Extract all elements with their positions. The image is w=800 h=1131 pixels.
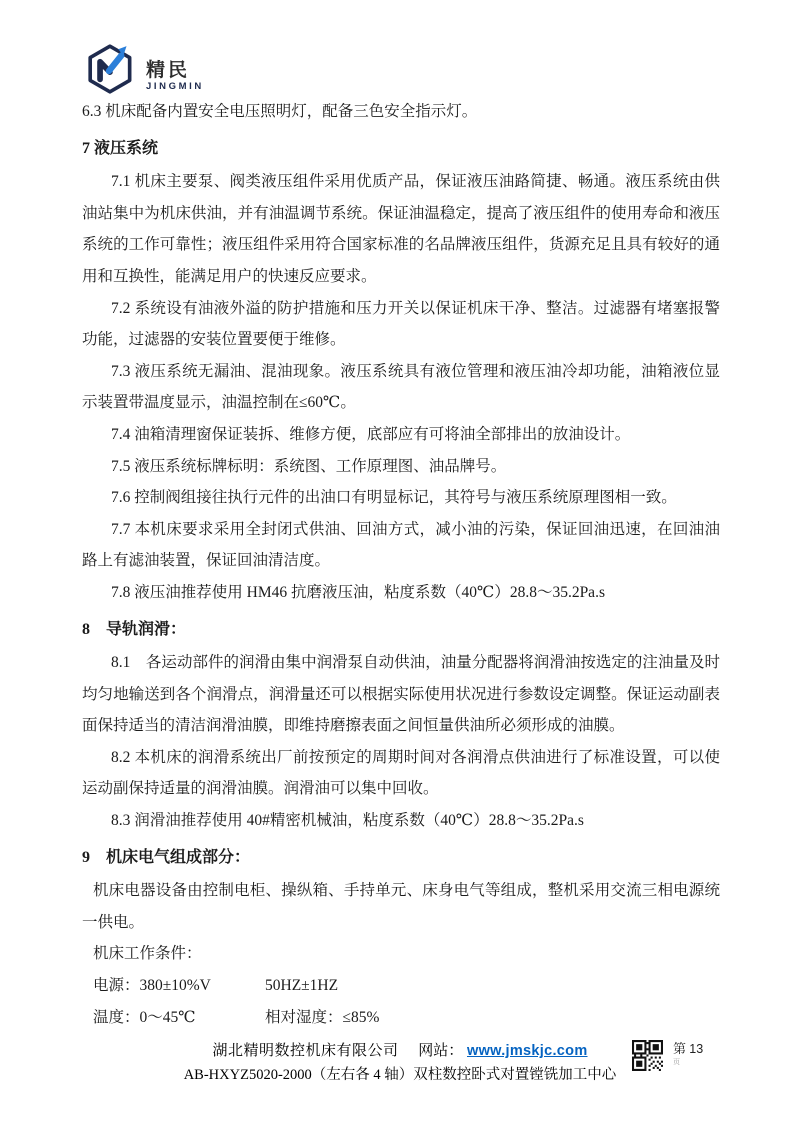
clause-7-8: 7.8 液压油推荐使用 HM46 抗磨液压油，粘度系数（40℃）28.8～35.… [82, 577, 720, 609]
page-number: 第 13 页 [673, 1042, 703, 1066]
brand-name-cn: 精民 [146, 61, 204, 81]
clause-7-4: 7.4 油箱清理窗保证装拆、维修方便，底部应有可将油全部排出的放油设计。 [82, 419, 720, 451]
clause-7-1: 7.1 机床主要泵、阀类液压组件采用优质产品，保证液压油路简捷、畅通。液压系统由… [82, 166, 720, 292]
page-footer: 湖北精明数控机床有限公司 网站： www.jmskjc.com AB-HXYZ5… [80, 1039, 720, 1087]
page-number-suffix: 页 [673, 1058, 703, 1066]
clause-7-7: 7.7 本机床要求采用全封闭式供油、回油方式，减小油的污染，保证回油迅速，在回油… [82, 514, 720, 577]
company-logo: 精民 JINGMIN [86, 42, 204, 101]
clause-8-2: 8.2 本机床的润滑系统出厂前按预定的周期时间对各润滑点供油进行了标准设置，可以… [82, 742, 720, 805]
qr-code-icon [632, 1040, 663, 1076]
humidity-value: 相对湿度：≤85% [265, 1002, 379, 1034]
clause-7-3: 7.3 液压系统无漏油、混油现象。液压系统具有液位管理和液压油冷却功能，油箱液位… [82, 356, 720, 419]
section-9-intro: 机床电器设备由控制电柜、操纵箱、手持单元、床身电气等组成，整机采用交流三相电源统… [82, 875, 720, 938]
footer-product-line: AB-HXYZ5020-2000（左右各 4 轴）双柱数控卧式对置镗铣加工中心 [80, 1063, 720, 1087]
clause-7-2: 7.2 系统设有油液外溢的防护措施和压力开关以保证机床干净、整洁。过滤器有堵塞报… [82, 293, 720, 356]
footer-company-name: 湖北精明数控机床有限公司 [212, 1043, 398, 1059]
page-number-prefix: 第 [673, 1041, 686, 1056]
section-8-heading: 8 导轨润滑： [82, 614, 720, 646]
document-body: 6.3 机床配备内置安全电压照明灯，配备三色安全指示灯。 7 液压系统 7.1 … [82, 96, 720, 1033]
power-voltage-value: 电源：380±10%V [93, 970, 265, 1002]
power-condition-row: 电源：380±10%V 50HZ±1HZ [82, 970, 720, 1002]
footer-website-label: 网站： [418, 1043, 463, 1059]
clause-6-3: 6.3 机床配备内置安全电压照明灯，配备三色安全指示灯。 [82, 96, 720, 128]
work-conditions-label: 机床工作条件： [82, 938, 720, 970]
footer-website-link[interactable]: www.jmskjc.com [467, 1043, 588, 1059]
brand-name-en: JINGMIN [146, 81, 204, 93]
power-frequency-value: 50HZ±1HZ [265, 970, 338, 1002]
logo-wordmark: 精民 JINGMIN [146, 51, 204, 93]
jingmin-hexagon-logo-icon [86, 42, 138, 101]
temperature-value: 温度：0～45℃ [93, 1002, 265, 1034]
document-page: 精民 JINGMIN 6.3 机床配备内置安全电压照明灯，配备三色安全指示灯。 … [0, 0, 800, 1131]
clause-7-5: 7.5 液压系统标牌标明：系统图、工作原理图、油品牌号。 [82, 451, 720, 483]
page-number-value: 13 [689, 1042, 703, 1056]
footer-company-line: 湖北精明数控机床有限公司 网站： www.jmskjc.com [80, 1039, 720, 1063]
footer-page-block: 第 13 页 [632, 1040, 703, 1076]
clause-8-3: 8.3 润滑油推荐使用 40#精密机械油，粘度系数（40℃）28.8～35.2P… [82, 805, 720, 837]
clause-8-1: 8.1 各运动部件的润滑由集中润滑泵自动供油，油量分配器将润滑油按选定的注油量及… [82, 647, 720, 742]
section-9-heading: 9 机床电气组成部分： [82, 842, 720, 874]
temperature-condition-row: 温度：0～45℃ 相对湿度：≤85% [82, 1002, 720, 1034]
clause-7-6: 7.6 控制阀组接往执行元件的出油口有明显标记，其符号与液压系统原理图相一致。 [82, 482, 720, 514]
section-7-heading: 7 液压系统 [82, 133, 720, 165]
